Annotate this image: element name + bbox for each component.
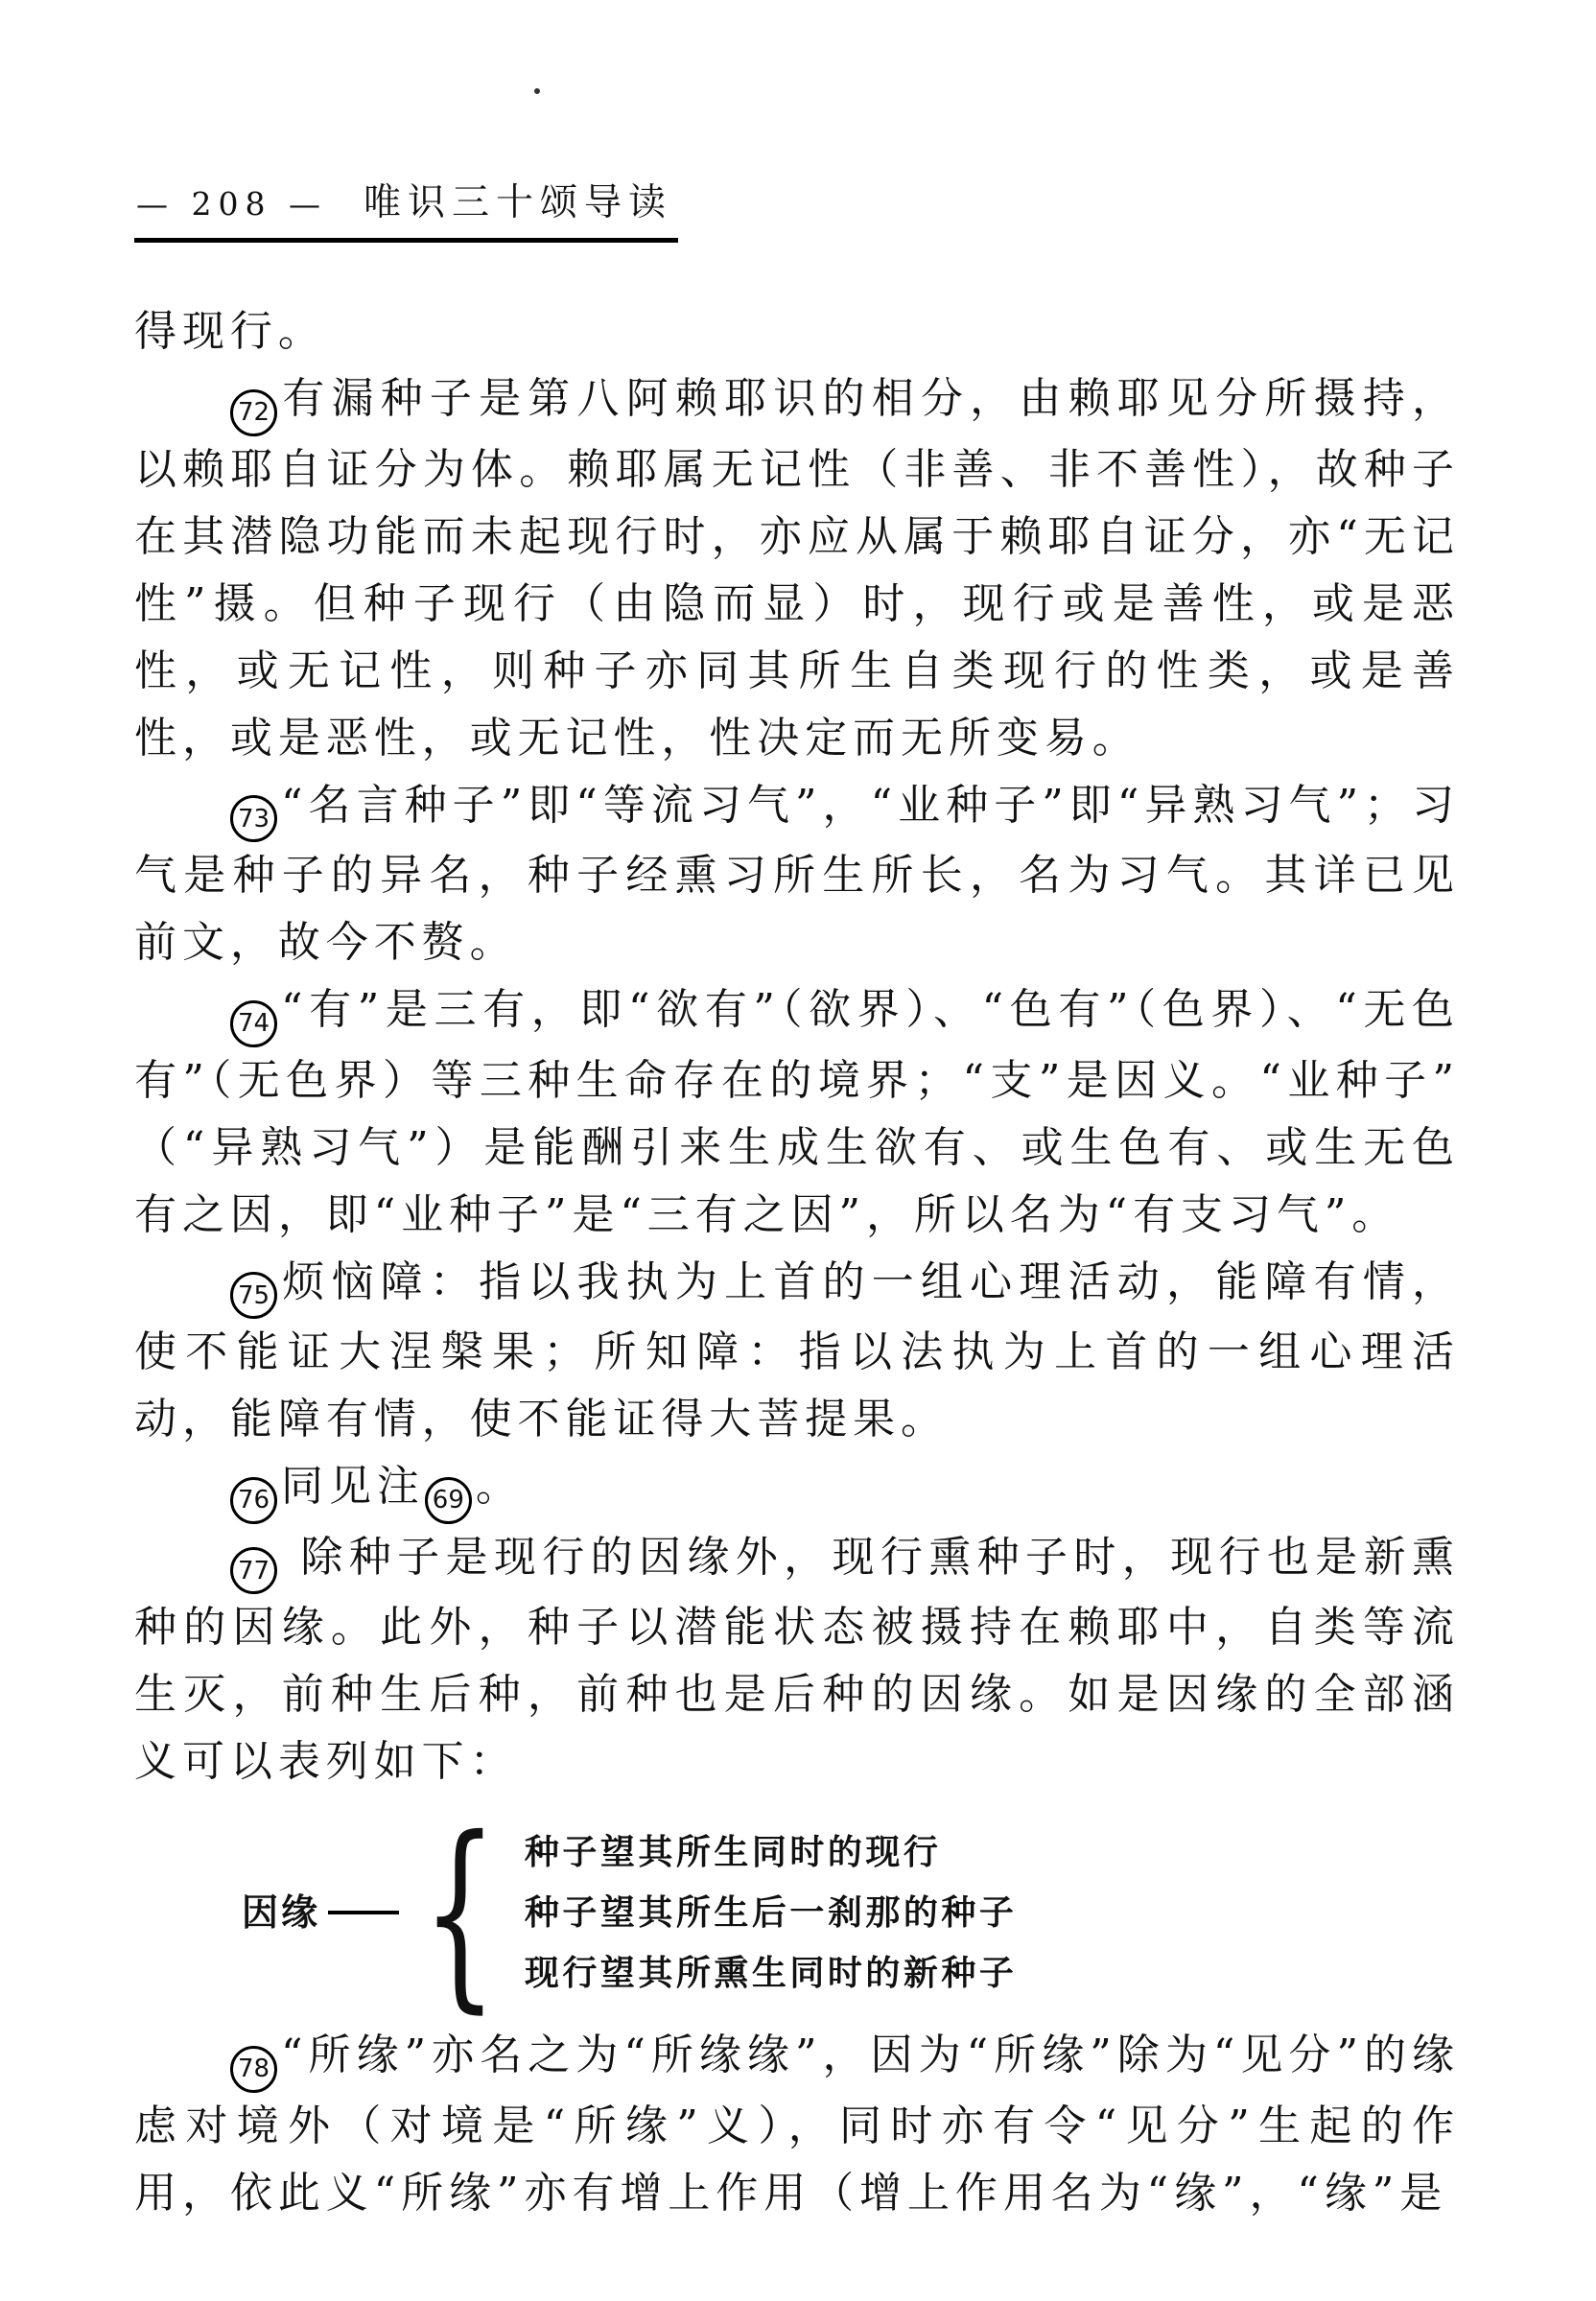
note-number-78: 78 [230, 2046, 277, 2093]
note-75: 75烦恼障：指以我执为上首的一组心理活动，能障有情，使不能证大涅槃果；所知障：指… [134, 1249, 1460, 1454]
diagram-item-1: 种子望其所生同时的现行 [525, 1822, 1018, 1883]
diagram-item-3: 现行望其所熏生同时的新种子 [525, 1943, 1018, 2004]
note-77: 77 除种子是现行的因缘外，现行熏种子时，现行也是新熏种的因缘。此外，种子以潜能… [134, 1524, 1460, 1796]
note-74: 74“有”是三有，即“欲有”（欲界）、“色有”（色界）、“无色有”（无色界）等三… [134, 976, 1460, 1249]
note-text-78: “所缘”亦名之为“所缘缘”，因为“所缘”除为“见分”的缘虑对境外（对境是“所缘”… [134, 2031, 1460, 2218]
note-78: 78“所缘”亦名之为“所缘缘”，因为“所缘”除为“见分”的缘虑对境外（对境是“所… [134, 2022, 1460, 2227]
cause-condition-diagram: 因缘 { 种子望其所生同时的现行 种子望其所生后一刹那的种子 现行望其所熏生同时… [242, 1817, 1460, 2008]
diagram-label: 因缘 [242, 1879, 320, 1946]
note-number-76: 76 [230, 1477, 277, 1524]
note-text-74: “有”是三有，即“欲有”（欲界）、“色有”（色界）、“无色有”（无色界）等三种生… [134, 985, 1460, 1239]
book-title: 唯识三十颂导读 [364, 173, 672, 226]
note-text-75: 烦恼障：指以我执为上首的一组心理活动，能障有情，使不能证大涅槃果；所知障：指以法… [134, 1257, 1460, 1444]
note-text-76-post: 。 [476, 1462, 524, 1511]
note-number-73: 73 [230, 795, 277, 842]
book-page: — 208 — 唯识三十颂导读 得现行。 72有漏种子是第八阿赖耶识的相分，由赖… [0, 0, 1596, 2301]
diagram-connector-line [328, 1911, 399, 1914]
note-76: 76同见注69。 [134, 1453, 1460, 1524]
page-number: — 208 — [136, 185, 327, 223]
note-text-77: 除种子是现行的因缘外，现行熏种子时，现行也是新熏种的因缘。此外，种子以潜能状态被… [134, 1533, 1460, 1787]
diagram-items: 种子望其所生同时的现行 种子望其所生后一刹那的种子 现行望其所熏生同时的新种子 [525, 1822, 1018, 2004]
note-72: 72有漏种子是第八阿赖耶识的相分，由赖耶见分所摄持，以赖耶自证分为体。赖耶属无记… [134, 365, 1460, 772]
page-body: 得现行。 72有漏种子是第八阿赖耶识的相分，由赖耶见分所摄持，以赖耶自证分为体。… [134, 298, 1460, 2227]
paragraph-continuation: 得现行。 [134, 298, 1460, 365]
note-number-75: 75 [230, 1272, 277, 1319]
note-73: 73“名言种子”即“等流习气”，“业种子”即“异熟习气”；习气是种子的异名，种子… [134, 772, 1460, 977]
note-text-72: 有漏种子是第八阿赖耶识的相分，由赖耶见分所摄持，以赖耶自证分为体。赖耶属无记性（… [134, 374, 1460, 763]
note-ref-number-69: 69 [425, 1477, 472, 1524]
diagram-item-2: 种子望其所生后一刹那的种子 [525, 1883, 1018, 1943]
note-number-77: 77 [230, 1547, 277, 1594]
left-brace-glyph: { [422, 1817, 497, 2008]
note-text-76-pre: 同见注 [281, 1462, 425, 1511]
note-number-74: 74 [230, 1000, 277, 1047]
page-header: — 208 — 唯识三十颂导读 [134, 173, 678, 243]
note-text-73: “名言种子”即“等流习气”，“业种子”即“异熟习气”；习气是种子的异名，种子经熏… [134, 781, 1460, 968]
scan-artifact-dot [534, 88, 540, 94]
note-number-72: 72 [230, 389, 277, 436]
